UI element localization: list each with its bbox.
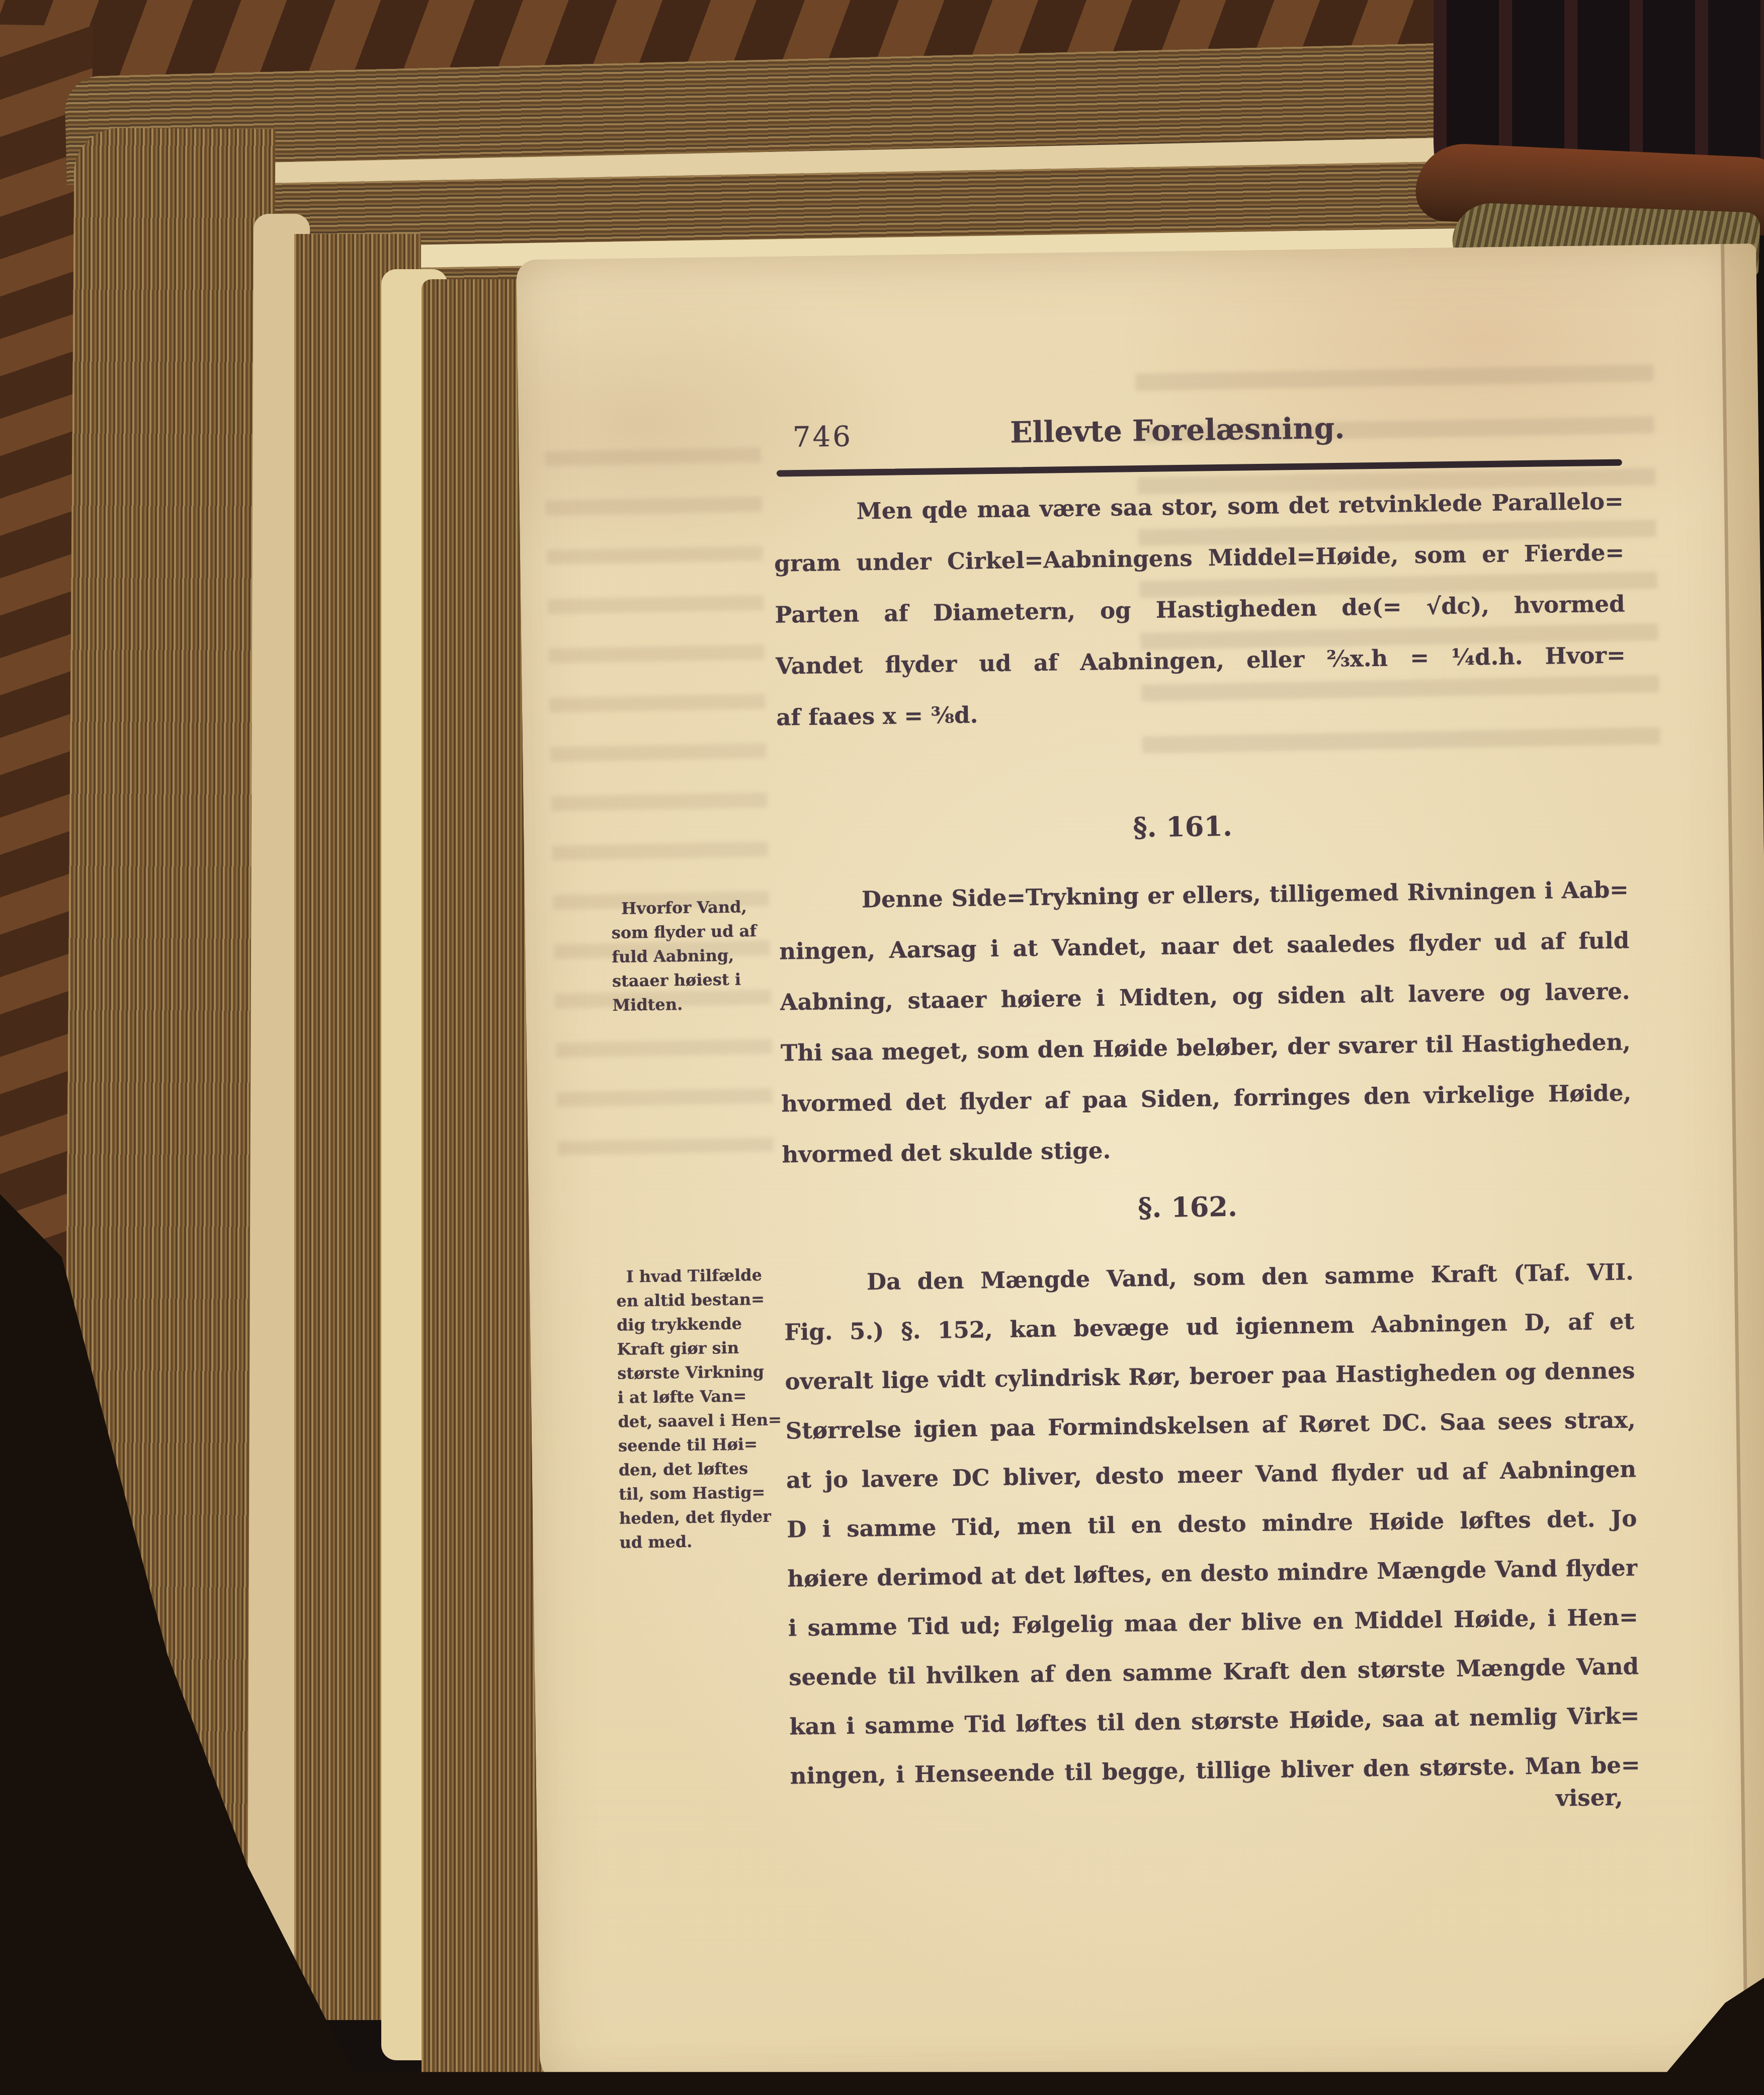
- margin-note-161: Hvorfor Vand, som flyder ud af fuld Aabn…: [611, 894, 790, 1017]
- section-heading-162: §. 162.: [763, 1185, 1613, 1229]
- margin-note-line: heden, det flyder: [619, 1504, 797, 1530]
- text-line: hvormed det skulde stige.: [782, 1118, 1632, 1180]
- margin-note-line: det, saavel i Hen=: [618, 1407, 795, 1434]
- margin-note-line: den, det løftes: [618, 1456, 796, 1482]
- margin-note-line: staaer høiest i: [612, 966, 790, 993]
- section-heading-161: §. 161.: [758, 805, 1608, 848]
- margin-note-line: I hvad Tilfælde: [616, 1262, 793, 1289]
- margin-note-line: seende til Høi=: [618, 1431, 796, 1458]
- margin-note-line: Midten.: [612, 991, 790, 1017]
- margin-note-line: som flyder ud af: [611, 918, 789, 945]
- margin-note-line: Hvorfor Vand,: [611, 894, 789, 921]
- margin-note-line: ud med.: [619, 1528, 797, 1555]
- margin-note-line: en altid bestan=: [616, 1286, 794, 1313]
- book-page: 746 Ellevte Forelæsning. Men qde maa vær…: [516, 244, 1764, 2091]
- margin-note-line: til, som Hastig=: [619, 1480, 796, 1506]
- running-title: Ellevte Forelæsning.: [752, 408, 1603, 453]
- bleed-through-texture: [545, 447, 774, 1156]
- margin-note-162: I hvad Tilfælde en altid bestan= dig try…: [616, 1262, 797, 1555]
- margin-note-line: Kraft giør sin: [617, 1335, 794, 1361]
- margin-note-line: største Virkning: [617, 1359, 795, 1386]
- margin-note-line: fuld Aabning,: [612, 942, 789, 969]
- intro-paragraph: Men qde maa være saa stor, som det retvi…: [773, 476, 1627, 744]
- section-162-paragraph: Da den Mængde Vand, som den samme Kraft …: [783, 1247, 1640, 1801]
- margin-note-line: i at løfte Van=: [618, 1383, 795, 1410]
- book-photo: 746 Ellevte Forelæsning. Men qde maa vær…: [0, 0, 1764, 2095]
- section-161-paragraph: Denne Side=Trykning er ellers, tilligeme…: [778, 864, 1632, 1180]
- margin-note-line: dig trykkende: [617, 1311, 794, 1337]
